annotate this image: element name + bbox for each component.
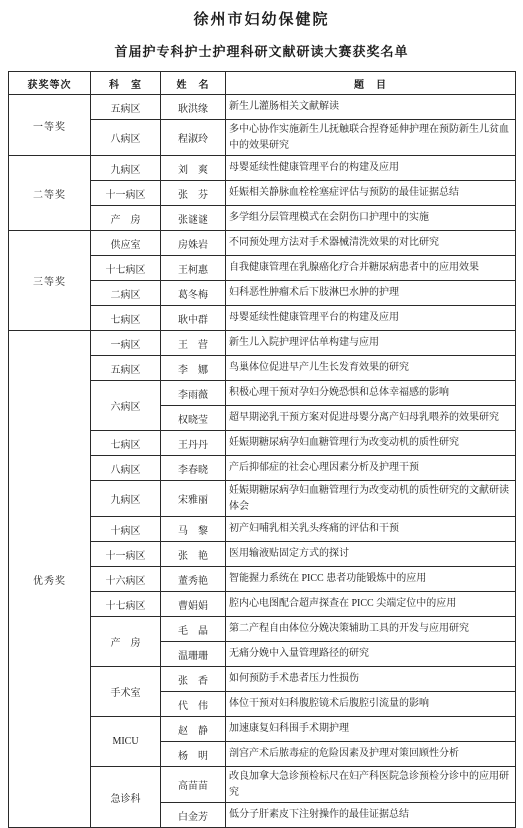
paper-title-cell: 初产妇哺乳相关乳头疼痛的评估和干预 xyxy=(226,517,516,542)
table-row: 三等奖供应室房姝岩不同预处理方法对手术器械清洗效果的对比研究 xyxy=(9,231,516,256)
paper-title-cell: 无痛分娩中入量管理路径的研究 xyxy=(226,642,516,667)
nurse-name-cell: 赵 静 xyxy=(161,717,226,742)
paper-title-cell: 低分子肝素皮下注射操作的最佳证据总结 xyxy=(226,803,516,828)
department-cell: 急诊科 xyxy=(91,767,161,828)
department-cell: 供应室 xyxy=(91,231,161,256)
department-cell: 十一病区 xyxy=(91,181,161,206)
awards-table: 获奖等次 科 室 姓 名 题 目 一等奖五病区耿洪缘新生儿灌肠相关文献解读八病区… xyxy=(8,71,516,828)
nurse-name-cell: 张 香 xyxy=(161,667,226,692)
nurse-name-cell: 王 营 xyxy=(161,331,226,356)
paper-title-cell: 母婴延续性健康管理平台的构建及应用 xyxy=(226,156,516,181)
paper-title-cell: 妊娠期糖尿病孕妇血糖管理行为改变动机的质性研究 xyxy=(226,431,516,456)
department-cell: 手术室 xyxy=(91,667,161,717)
header-name: 姓 名 xyxy=(161,72,226,95)
paper-title-cell: 妇科恶性肿瘤术后下肢淋巴水肿的护理 xyxy=(226,281,516,306)
nurse-name-cell: 张谜谜 xyxy=(161,206,226,231)
nurse-name-cell: 毛 晶 xyxy=(161,617,226,642)
paper-title-cell: 多中心协作实施新生儿抚触联合捏脊延伸护理在预防新生儿贫血中的效果研究 xyxy=(226,120,516,156)
nurse-name-cell: 曹娟娟 xyxy=(161,592,226,617)
table-row: 一等奖五病区耿洪缘新生儿灌肠相关文献解读 xyxy=(9,95,516,120)
nurse-name-cell: 李雨薇 xyxy=(161,381,226,406)
award-list-subtitle: 首届护专科护士护理科研文献研读大赛获奖名单 xyxy=(8,43,515,61)
paper-title-cell: 妊娠期糖尿病孕妇血糖管理行为改变动机的质性研究的文献研读体会 xyxy=(226,481,516,517)
nurse-name-cell: 温珊珊 xyxy=(161,642,226,667)
header-department: 科 室 xyxy=(91,72,161,95)
paper-title-cell: 不同预处理方法对手术器械清洗效果的对比研究 xyxy=(226,231,516,256)
document-page: 徐州市妇幼保健院 首届护专科护士护理科研文献研读大赛获奖名单 获奖等次 科 室 … xyxy=(0,0,523,743)
paper-title-cell: 如何预防手术患者压力性损伤 xyxy=(226,667,516,692)
nurse-name-cell: 李春晓 xyxy=(161,456,226,481)
award-level-cell: 一等奖 xyxy=(9,95,91,156)
nurse-name-cell: 马 黎 xyxy=(161,517,226,542)
paper-title-cell: 积极心理干预对孕妇分娩恐惧和总体幸福感的影响 xyxy=(226,381,516,406)
department-cell: 七病区 xyxy=(91,306,161,331)
nurse-name-cell: 程淑玲 xyxy=(161,120,226,156)
nurse-name-cell: 李 娜 xyxy=(161,356,226,381)
department-cell: 十七病区 xyxy=(91,256,161,281)
paper-title-cell: 智能握力系统在 PICC 患者功能锻炼中的应用 xyxy=(226,567,516,592)
department-cell: 二病区 xyxy=(91,281,161,306)
department-cell: 十七病区 xyxy=(91,592,161,617)
nurse-name-cell: 宋雅丽 xyxy=(161,481,226,517)
nurse-name-cell: 张 芬 xyxy=(161,181,226,206)
department-cell: 七病区 xyxy=(91,431,161,456)
table-row: 二等奖九病区刘 爽母婴延续性健康管理平台的构建及应用 xyxy=(9,156,516,181)
paper-title-cell: 剖宫产术后脓毒症的危险因素及护理对策回顾性分析 xyxy=(226,742,516,767)
nurse-name-cell: 白金芳 xyxy=(161,803,226,828)
department-cell: 五病区 xyxy=(91,95,161,120)
nurse-name-cell: 高苗苗 xyxy=(161,767,226,803)
nurse-name-cell: 权晓莹 xyxy=(161,406,226,431)
paper-title-cell: 体位干预对妇科腹腔镜术后腹腔引流量的影响 xyxy=(226,692,516,717)
award-level-cell: 三等奖 xyxy=(9,231,91,331)
hospital-title: 徐州市妇幼保健院 xyxy=(8,10,515,31)
paper-title-cell: 产后抑郁症的社会心理因素分析及护理干预 xyxy=(226,456,516,481)
department-cell: 十病区 xyxy=(91,517,161,542)
paper-title-cell: 自我健康管理在乳腺癌化疗合并糖尿病患者中的应用效果 xyxy=(226,256,516,281)
paper-title-cell: 加速康复妇科围手术期护理 xyxy=(226,717,516,742)
paper-title-cell: 鸟巢体位促进早产儿生长发育效果的研究 xyxy=(226,356,516,381)
paper-title-cell: 腔内心电图配合超声探查在 PICC 尖端定位中的应用 xyxy=(226,592,516,617)
department-cell: 一病区 xyxy=(91,331,161,356)
department-cell: 十六病区 xyxy=(91,567,161,592)
nurse-name-cell: 耿洪缘 xyxy=(161,95,226,120)
department-cell: 五病区 xyxy=(91,356,161,381)
paper-title-cell: 新生儿入院护理评估单构建与应用 xyxy=(226,331,516,356)
department-cell: 十一病区 xyxy=(91,542,161,567)
paper-title-cell: 第二产程自由体位分娩决策辅助工具的开发与应用研究 xyxy=(226,617,516,642)
paper-title-cell: 超早期泌乳干预方案对促进母婴分离产妇母乳喂养的效果研究 xyxy=(226,406,516,431)
paper-title-cell: 母婴延续性健康管理平台的构建及应用 xyxy=(226,306,516,331)
nurse-name-cell: 董秀艳 xyxy=(161,567,226,592)
header-title: 题 目 xyxy=(226,72,516,95)
department-cell: 八病区 xyxy=(91,120,161,156)
nurse-name-cell: 代 伟 xyxy=(161,692,226,717)
department-cell: 产 房 xyxy=(91,617,161,667)
awards-table-body: 一等奖五病区耿洪缘新生儿灌肠相关文献解读八病区程淑玲多中心协作实施新生儿抚触联合… xyxy=(9,95,516,828)
nurse-name-cell: 耿中群 xyxy=(161,306,226,331)
nurse-name-cell: 杨 明 xyxy=(161,742,226,767)
nurse-name-cell: 葛冬梅 xyxy=(161,281,226,306)
nurse-name-cell: 王丹丹 xyxy=(161,431,226,456)
table-row: 优秀奖一病区王 营新生儿入院护理评估单构建与应用 xyxy=(9,331,516,356)
department-cell: 产 房 xyxy=(91,206,161,231)
nurse-name-cell: 刘 爽 xyxy=(161,156,226,181)
nurse-name-cell: 张 艳 xyxy=(161,542,226,567)
department-cell: 九病区 xyxy=(91,156,161,181)
award-level-cell: 优秀奖 xyxy=(9,331,91,828)
department-cell: 六病区 xyxy=(91,381,161,431)
paper-title-cell: 多学组分层管理模式在会阴伤口护理中的实施 xyxy=(226,206,516,231)
department-cell: 八病区 xyxy=(91,456,161,481)
paper-title-cell: 妊娠相关静脉血栓栓塞症评估与预防的最佳证据总结 xyxy=(226,181,516,206)
department-cell: 九病区 xyxy=(91,481,161,517)
paper-title-cell: 医用输液贴固定方式的探讨 xyxy=(226,542,516,567)
nurse-name-cell: 房姝岩 xyxy=(161,231,226,256)
nurse-name-cell: 王柯惠 xyxy=(161,256,226,281)
department-cell: MICU xyxy=(91,717,161,767)
paper-title-cell: 新生儿灌肠相关文献解读 xyxy=(226,95,516,120)
table-header-row: 获奖等次 科 室 姓 名 题 目 xyxy=(9,72,516,95)
award-level-cell: 二等奖 xyxy=(9,156,91,231)
header-award-level: 获奖等次 xyxy=(9,72,91,95)
paper-title-cell: 改良加拿大急诊预检标尺在妇产科医院急诊预检分诊中的应用研究 xyxy=(226,767,516,803)
